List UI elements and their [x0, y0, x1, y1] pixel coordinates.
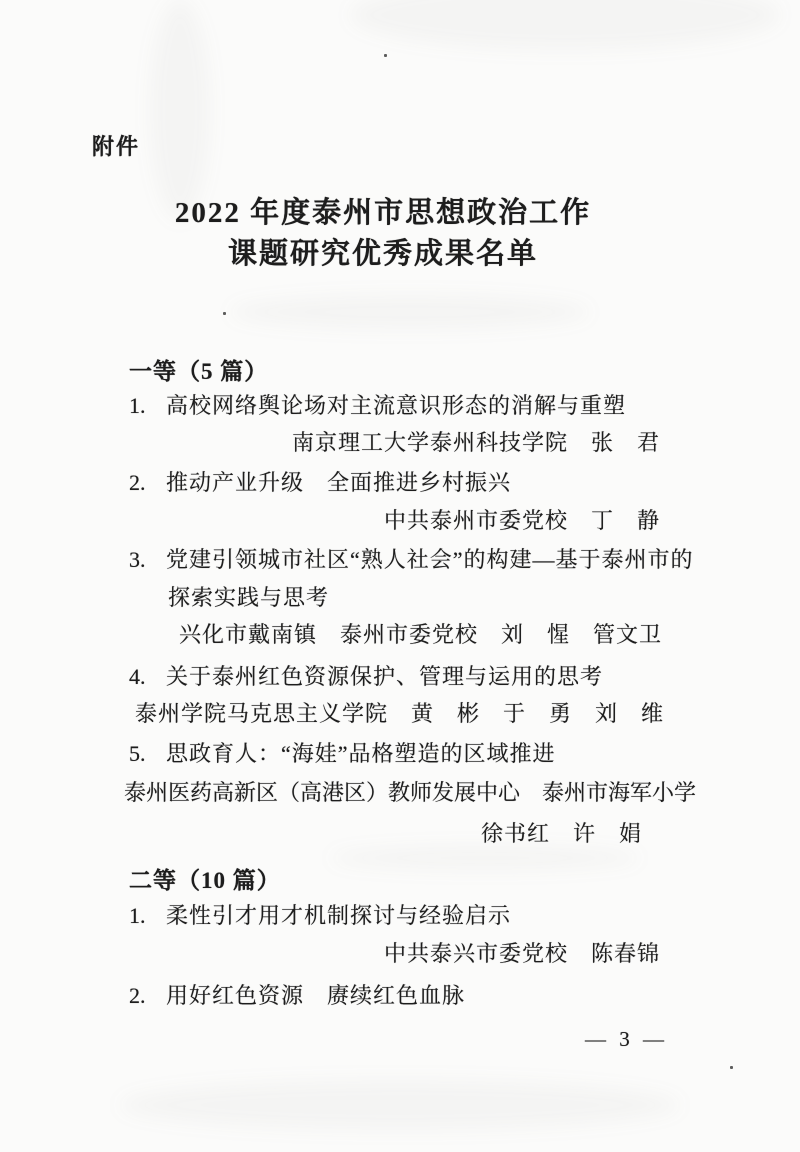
- list-item-2-2: 2.用好红色资源 赓续红色血脉: [129, 979, 465, 1010]
- item-attribution-authors: 徐书红 许 娟: [481, 817, 642, 848]
- section-heading-second-prize: 二等（10 篇）: [129, 862, 281, 895]
- document-title-line1: 2022 年度泰州市思想政治工作: [0, 190, 766, 231]
- item-title-continuation: 探索实践与思考: [168, 581, 329, 612]
- list-item-1-1: 1.高校网络舆论场对主流意识形态的消解与重塑: [129, 389, 626, 420]
- item-title: 高校网络舆论场对主流意识形态的消解与重塑: [166, 393, 626, 418]
- item-attribution: 中共泰州市委党校 丁 静: [384, 504, 660, 535]
- item-number: 2.: [129, 470, 166, 496]
- item-title: 关于泰州红色资源保护、管理与运用的思考: [166, 664, 603, 689]
- item-title: 用好红色资源 赓续红色血脉: [166, 983, 465, 1008]
- item-attribution: 泰州学院马克思主义学院 黄 彬 于 勇 刘 维: [135, 697, 664, 728]
- scan-speck-2: [223, 312, 226, 315]
- item-attribution-organizations: 泰州医药高新区（高港区）教师发展中心 泰州市海军小学: [124, 776, 696, 807]
- item-number: 1.: [129, 393, 166, 419]
- list-item-2-1: 1.柔性引才用才机制探讨与经验启示: [129, 899, 511, 930]
- item-title: 思政育人：“海娃”品格塑造的区域推进: [166, 741, 556, 766]
- item-number: 3.: [129, 547, 166, 573]
- list-item-1-2: 2.推动产业升级 全面推进乡村振兴: [129, 466, 511, 497]
- item-number: 4.: [129, 664, 166, 690]
- item-number: 5.: [129, 741, 166, 767]
- scan-artifact-left-streak: [150, 0, 210, 220]
- item-attribution: 南京理工大学泰州科技学院 张 君: [292, 426, 660, 457]
- scan-artifact-bottom-wash: [120, 1080, 680, 1130]
- item-number: 2.: [129, 983, 166, 1009]
- document-title-line2: 课题研究优秀成果名单: [0, 231, 766, 272]
- list-item-1-3: 3.党建引领城市社区“熟人社会”的构建—基于泰州市的: [129, 543, 694, 574]
- item-number: 1.: [129, 903, 166, 929]
- list-item-1-4: 4.关于泰州红色资源保护、管理与运用的思考: [129, 660, 603, 691]
- item-title: 柔性引才用才机制探讨与经验启示: [166, 903, 511, 928]
- item-attribution: 兴化市戴南镇 泰州市委党校 刘 惺 管文卫: [179, 618, 662, 649]
- item-attribution: 中共泰兴市委党校 陈春锦: [384, 937, 660, 968]
- item-title: 推动产业升级 全面推进乡村振兴: [166, 470, 511, 495]
- scanned-document-page: 附件 2022 年度泰州市思想政治工作 课题研究优秀成果名单 一等（5 篇） 1…: [0, 0, 800, 1152]
- page-number: — 3 —: [585, 1027, 668, 1052]
- section-heading-first-prize: 一等（5 篇）: [129, 353, 268, 386]
- item-title: 党建引领城市社区“熟人社会”的构建—基于泰州市的: [166, 547, 694, 572]
- scan-artifact-top-wash: [350, 0, 780, 50]
- scan-artifact-bleedthrough-2: [330, 846, 640, 870]
- list-item-1-5: 5.思政育人：“海娃”品格塑造的区域推进: [129, 737, 556, 768]
- scan-speck-1: [384, 54, 387, 57]
- scan-speck-3: [730, 1066, 733, 1069]
- scan-artifact-bleedthrough-1: [230, 295, 590, 329]
- attachment-label: 附件: [92, 130, 140, 161]
